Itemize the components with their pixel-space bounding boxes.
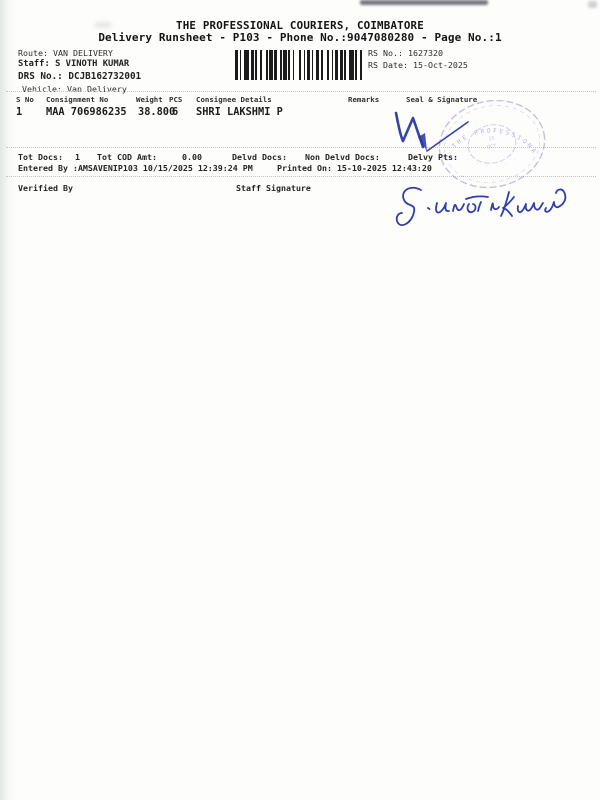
col-header-consignment: Consignment No: [46, 95, 108, 104]
verified-by-label: Verified By: [18, 183, 73, 193]
row-pcs: 6: [172, 106, 178, 118]
drs-label: DRS No.:: [18, 71, 63, 82]
col-header-consignee: Consignee Details: [196, 95, 272, 104]
delvd-docs-label: Delvd Docs:: [232, 152, 287, 162]
cutoff-text-smudge: [360, 0, 488, 5]
vehicle-value: Van Delivery: [67, 84, 127, 94]
tot-docs-value: 1: [75, 152, 80, 162]
rs-date-label: RS Date:: [368, 60, 408, 70]
row-consignment: MAA 706986235: [46, 106, 127, 118]
rs-barcode: [235, 50, 365, 80]
scan-corner-mark: [588, 1, 597, 8]
printed-on-line: Printed On: 15-10-2025 12:43:20: [277, 163, 432, 173]
col-header-pcs: PCS: [169, 95, 182, 104]
drs-line: DRS No.: DCJB162732001: [18, 71, 141, 82]
divider: [6, 91, 596, 92]
handwritten-signature: [390, 182, 575, 232]
rs-date-value: 15-Oct-2025: [413, 60, 468, 70]
page-subtitle: Delivery Runsheet - P103 - Phone No.:904…: [0, 31, 600, 44]
col-header-weight: Weight: [136, 95, 163, 104]
vehicle-line: Vehicle: Van Delivery: [22, 84, 127, 94]
tot-cod-label: Tot COD Amt:: [97, 152, 157, 162]
rs-date-line: RS Date: 15-Oct-2025: [368, 60, 468, 70]
staff-label: Staff:: [18, 59, 50, 69]
rs-no-line: RS No.: 1627320: [368, 48, 443, 58]
route-value: VAN DELIVERY: [53, 48, 113, 58]
scan-edge-shadow: [0, 0, 14, 800]
route-line: Route: VAN DELIVERY: [18, 48, 113, 58]
tot-cod-value: 0.00: [182, 152, 202, 162]
pen-checkmark-icon: [388, 105, 478, 160]
non-delvd-docs-label: Non Delvd Docs:: [305, 152, 380, 162]
staff-line: Staff: S VINOTH KUMAR: [18, 59, 129, 69]
row-consignee: SHRI LAKSHMI P: [196, 106, 283, 118]
row-weight: 38.800: [138, 106, 175, 118]
route-label: Route:: [18, 48, 48, 58]
staff-signature-label: Staff Signature: [236, 183, 311, 193]
rs-no-label: RS No.:: [368, 48, 403, 58]
col-header-remarks: Remarks: [348, 95, 379, 104]
staff-value: S VINOTH KUMAR: [55, 59, 129, 69]
drs-value: DCJB162732001: [68, 71, 141, 82]
entered-by-line: Entered By :AMSAVENIP103 10/15/2025 12:3…: [18, 163, 253, 173]
rs-no-value: 1627320: [408, 48, 443, 58]
svg-text:15: 15: [488, 136, 495, 143]
row-sno: 1: [16, 106, 22, 118]
svg-text:OCT: OCT: [487, 143, 497, 150]
tot-docs-label: Tot Docs:: [18, 152, 63, 162]
vehicle-label: Vehicle:: [22, 84, 62, 94]
scanned-delivery-runsheet: THE PROFESSIONAL COURIERS, COIMBATORE De…: [0, 0, 600, 800]
col-header-sno: S No: [16, 95, 34, 104]
